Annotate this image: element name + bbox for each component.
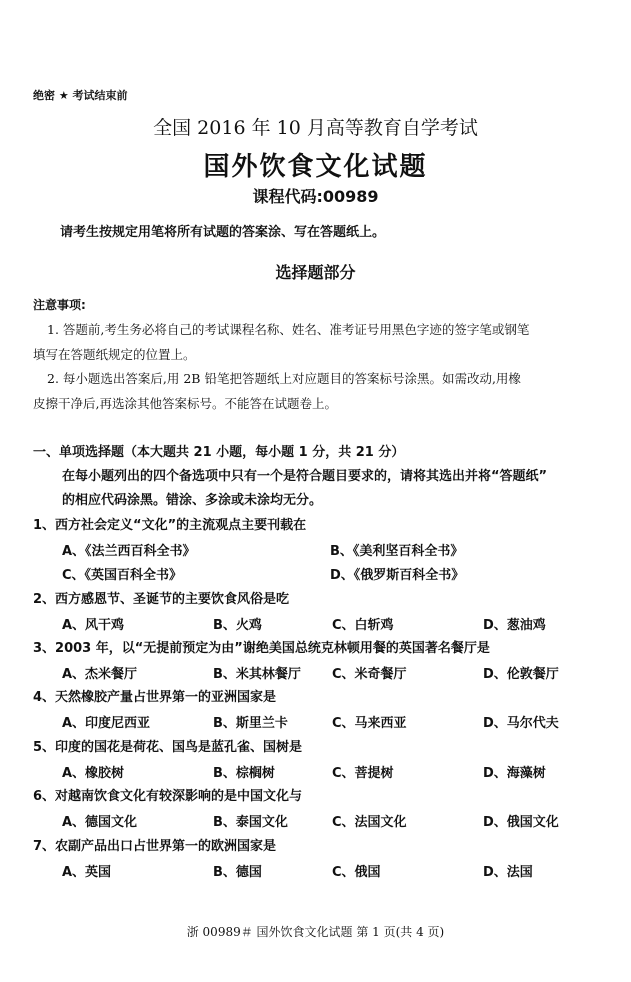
course-code: 课程代码:00989: [0, 184, 631, 207]
note-1-line-2: 填写在答题纸规定的位置上。: [33, 345, 196, 363]
question-7-option-c: C、俄国: [332, 861, 381, 880]
question-3-stem: 3、2003 年，以“无提前预定为由”谢绝美国总统克林顿用餐的英国著名餐厅是: [33, 637, 490, 656]
question-6-option-d: D、俄国文化: [483, 811, 559, 830]
question-2-option-b: B、火鸡: [213, 614, 262, 633]
note-2-line-1: 2. 每小题选出答案后,用 2B 铅笔把答题纸上对应题目的答案标号涂黑。如需改动…: [47, 369, 521, 387]
question-4-option-d: D、马尔代夫: [483, 712, 559, 731]
question-5-option-b: B、棕榈树: [213, 762, 275, 781]
exam-title: 全国 2016 年 10 月高等教育自学考试: [0, 113, 631, 140]
note-1-line-1: 1. 答题前,考生务必将自己的考试课程名称、姓名、准考证号用黑色字迹的签字笔或钢…: [47, 320, 529, 338]
part-one-desc-line-1: 在每小题列出的四个备选项中只有一个是符合题目要求的，请将其选出并将“答题纸”: [62, 465, 547, 484]
question-2-option-d: D、葱油鸡: [483, 614, 546, 633]
question-2-stem: 2、西方感恩节、圣诞节的主要饮食风俗是吃: [33, 588, 289, 607]
question-6-stem: 6、对越南饮食文化有较深影响的是中国文化与: [33, 785, 302, 804]
question-3-option-c: C、米奇餐厅: [332, 663, 407, 682]
question-7-option-a: A、英国: [62, 861, 111, 880]
question-6-option-b: B、泰国文化: [213, 811, 288, 830]
subject-title: 国外饮食文化试题: [0, 146, 631, 183]
question-3-option-a: A、杰米餐厅: [62, 663, 137, 682]
part-one-heading: 一、单项选择题（本大题共 21 小题，每小题 1 分，共 21 分）: [33, 441, 404, 460]
question-5-stem: 5、印度的国花是荷花、国鸟是蓝孔雀、国树是: [33, 736, 302, 755]
question-3-option-b: B、米其林餐厅: [213, 663, 301, 682]
section-title: 选择题部分: [0, 260, 631, 283]
question-4-option-a: A、印度尼西亚: [62, 712, 150, 731]
part-one-desc-line-2: 的相应代码涂黑。错涂、多涂或未涂均无分。: [62, 489, 322, 508]
instruction: 请考生按规定用笔将所有试题的答案涂、写在答题纸上。: [60, 221, 385, 240]
question-7-option-b: B、德国: [213, 861, 262, 880]
question-1-option-a: A、《法兰西百科全书》: [62, 540, 196, 559]
question-1-stem: 1、西方社会定义“文化”的主流观点主要刊载在: [33, 514, 306, 533]
question-1-option-c: C、《英国百科全书》: [62, 564, 182, 583]
question-2-option-c: C、白斩鸡: [332, 614, 394, 633]
question-5-option-a: A、橡胶树: [62, 762, 124, 781]
question-4-option-b: B、斯里兰卡: [213, 712, 288, 731]
question-3-option-d: D、伦敦餐厅: [483, 663, 559, 682]
question-6-option-a: A、德国文化: [62, 811, 137, 830]
question-7-option-d: D、法国: [483, 861, 533, 880]
question-2-option-a: A、风干鸡: [62, 614, 124, 633]
question-1-option-d: D、《俄罗斯百科全书》: [330, 564, 464, 583]
secret-mark: 绝密 ★ 考试结束前: [33, 87, 128, 103]
question-5-option-c: C、菩提树: [332, 762, 394, 781]
question-4-stem: 4、天然橡胶产量占世界第一的亚洲国家是: [33, 686, 276, 705]
notes-label: 注意事项:: [33, 296, 86, 313]
question-4-option-c: C、马来西亚: [332, 712, 407, 731]
question-1-option-b: B、《美利坚百科全书》: [330, 540, 463, 559]
note-2-line-2: 皮擦干净后,再选涂其他答案标号。不能答在试题卷上。: [33, 394, 337, 412]
question-5-option-d: D、海藻树: [483, 762, 546, 781]
question-6-option-c: C、法国文化: [332, 811, 407, 830]
page-footer: 浙 00989＃ 国外饮食文化试题 第 1 页(共 4 页): [0, 923, 631, 940]
question-7-stem: 7、农副产品出口占世界第一的欧洲国家是: [33, 835, 276, 854]
